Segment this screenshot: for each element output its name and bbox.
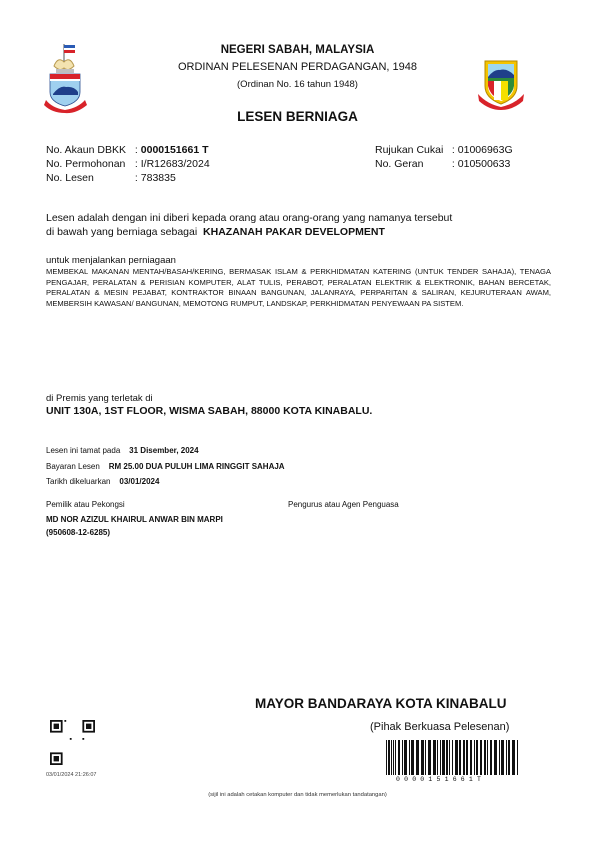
activities-label: untuk menjalankan perniagaan [46,255,176,266]
separator: : [135,158,138,170]
separator: : [452,144,455,156]
business-name: KHAZANAH PAKAR DEVELOPMENT [203,226,385,238]
computer-print-note: (sijil ini adalah cetakan komputer dan t… [0,792,595,798]
akaun-label: No. Akaun DBKK [46,143,132,157]
akaun-value: 0000151661 T [141,144,209,156]
expiry-value: 31 Disember, 2024 [129,446,198,455]
separator: : [452,158,455,170]
issued-label: Tarikh dikeluarkan [46,477,110,486]
issued-value: 03/01/2024 [119,477,159,486]
permohonan-field: No. Permohonan : I/R12683/2024 [46,157,210,171]
owner-label: Pemilik atau Pekongsi [46,500,125,509]
lesen-label: No. Lesen [46,171,132,185]
akaun-field: No. Akaun DBKK : 0000151661 T [46,143,209,157]
cukai-field: Rujukan Cukai : 01006963G [375,143,513,157]
expiry-field: Lesen ini tamat pada 31 Disember, 2024 [46,446,199,455]
fee-label: Bayaran Lesen [46,462,100,471]
cukai-value: 01006963G [458,144,513,156]
licensing-authority: (Pihak Berkuasa Pelesenan) [370,721,509,733]
agent-label: Pengurus atau Agen Penguasa [288,500,399,509]
barcode [384,740,524,775]
header-state: NEGERI SABAH, MALAYSIA [0,44,595,56]
print-timestamp: 03/01/2024 21:26:07 [46,772,96,778]
premises-label: di Premis yang terletak di [46,393,153,404]
fee-field: Bayaran Lesen RM 25.00 DUA PULUH LIMA RI… [46,462,285,471]
lesen-value: 783835 [141,172,176,184]
header-ordinance: ORDINAN PELESENAN PERDAGANGAN, 1948 [0,61,595,73]
permohonan-value: I/R12683/2024 [141,158,210,170]
mayor-title: MAYOR BANDARAYA KOTA KINABALU [255,696,507,711]
business-activities: MEMBEKAL MAKANAN MENTAH/BASAH/KERING, BE… [46,267,551,309]
document-title: LESEN BERNIAGA [0,109,595,124]
geran-value: 010500633 [458,158,511,170]
separator: : [135,144,138,156]
lesen-field: No. Lesen : 783835 [46,171,176,185]
separator: : [135,172,138,184]
owner-id: (950608-12-6285) [46,528,110,537]
expiry-label: Lesen ini tamat pada [46,446,120,455]
permohonan-label: No. Permohonan [46,157,132,171]
premises-address: UNIT 130A, 1ST FLOOR, WISMA SABAH, 88000… [46,405,372,417]
issued-field: Tarikh dikeluarkan 03/01/2024 [46,477,159,486]
qr-code-icon [50,720,95,765]
header-ordinance-number: (Ordinan No. 16 tahun 1948) [0,79,595,90]
barcode-text: 0000151661T [396,776,518,783]
owner-name: MD NOR AZIZUL KHAIRUL ANWAR BIN MARPI [46,515,223,524]
geran-label: No. Geran [375,157,449,171]
grant-line-2: di bawah yang berniaga sebagai KHAZANAH … [46,225,385,239]
cukai-label: Rujukan Cukai [375,143,449,157]
grant-line-2-prefix: di bawah yang berniaga sebagai [46,226,197,238]
fee-value: RM 25.00 DUA PULUH LIMA RINGGIT SAHAJA [109,462,285,471]
geran-field: No. Geran : 010500633 [375,157,510,171]
grant-line-1: Lesen adalah dengan ini diberi kepada or… [46,211,452,225]
